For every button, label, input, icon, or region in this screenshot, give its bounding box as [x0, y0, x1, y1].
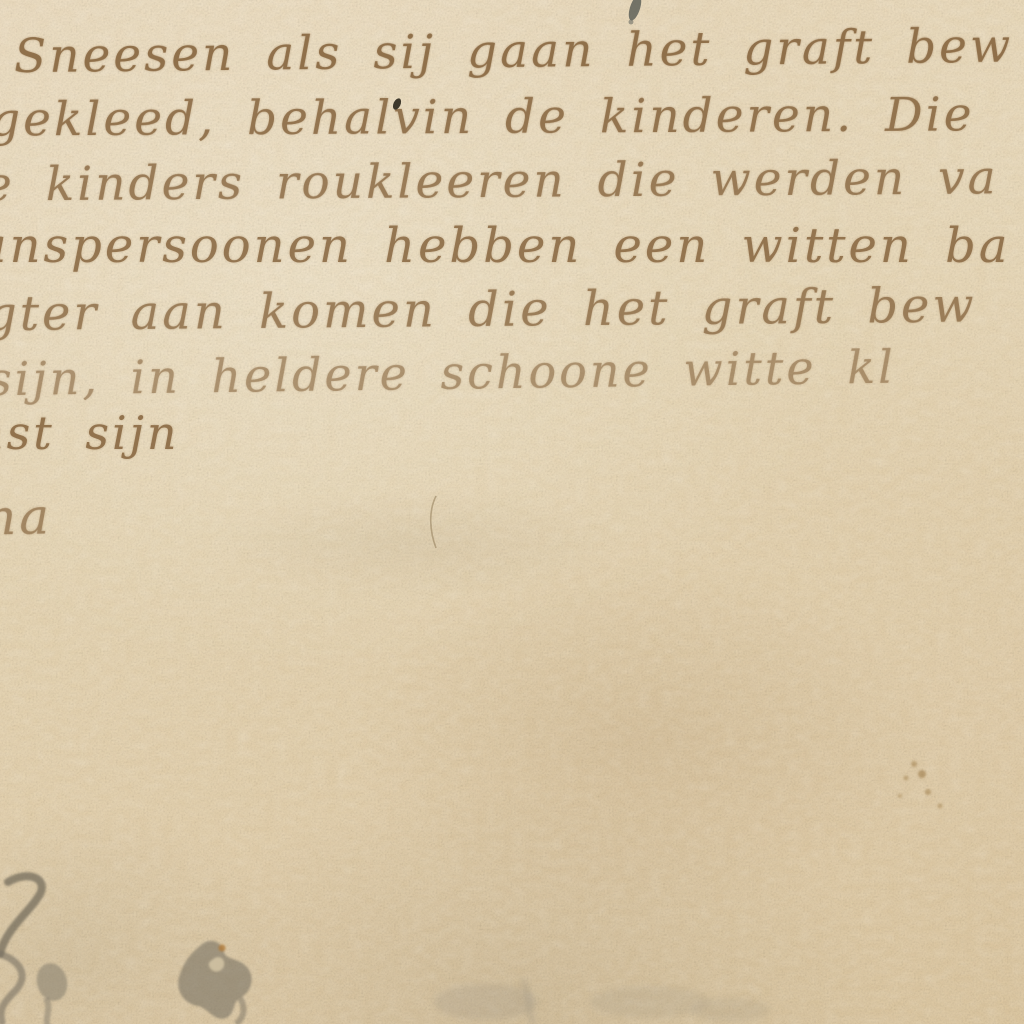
stray-pen-stroke	[416, 492, 446, 552]
manuscript-line-8: na	[0, 487, 53, 546]
faint-smudge-left	[426, 968, 556, 1024]
corner-scribble	[0, 866, 90, 1024]
manuscript-line-6: sijn, in heldere schoone witte kl	[0, 340, 896, 407]
brown-specks	[892, 750, 962, 820]
manuscript-page: Sneesen als sij gaan het graft bew gekle…	[0, 0, 1024, 1024]
manuscript-line-3: e kinders roukleeren die werden va	[0, 150, 999, 212]
pencil-blob	[166, 934, 276, 1024]
manuscript-line-5: gter aan komen die het graft bew	[0, 278, 977, 343]
manuscript-line-2: gekleed, behalvin de kinderen. Die	[0, 87, 975, 147]
faint-smudge-right	[580, 972, 780, 1024]
manuscript-line-4: anspersoonen hebben een witten ba	[0, 218, 1010, 274]
manuscript-line-1: Sneesen als sij gaan het graft bew	[14, 19, 1014, 84]
manuscript-line-7: nst sijn	[0, 406, 180, 460]
